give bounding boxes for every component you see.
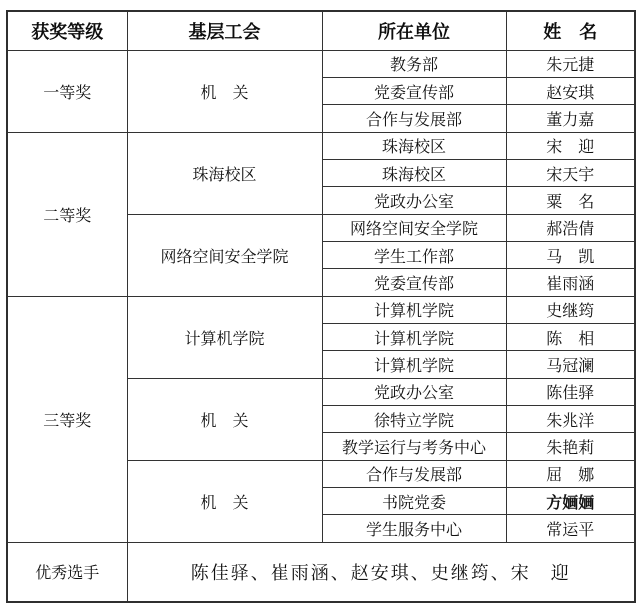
unit-cell: 党委宣传部: [322, 77, 506, 104]
unit-cell: 计算机学院: [322, 323, 506, 350]
unit-cell: 书院党委: [322, 488, 506, 515]
award-level-cell: 二等奖: [7, 132, 127, 296]
unit-cell: 计算机学院: [322, 296, 506, 323]
name-cell: 马 凯: [506, 241, 635, 268]
name-cell: 史继筠: [506, 296, 635, 323]
name-cell: 赵安琪: [506, 77, 635, 104]
name-cell: 董力嘉: [506, 105, 635, 132]
award-level-cell: 一等奖: [7, 50, 127, 132]
unit-cell: 学生服务中心: [322, 515, 506, 542]
unit-cell: 党政办公室: [322, 378, 506, 405]
name-cell: 方婳婳: [506, 488, 635, 515]
name-cell: 郝浩倩: [506, 214, 635, 241]
union-cell: 计算机学院: [127, 296, 322, 378]
unit-cell: 网络空间安全学院: [322, 214, 506, 241]
award-level-cell: 三等奖: [7, 296, 127, 542]
unit-cell: 合作与发展部: [322, 460, 506, 487]
unit-cell: 党政办公室: [322, 187, 506, 214]
name-cell: 宋天宇: [506, 159, 635, 186]
name-cell: 崔雨涵: [506, 269, 635, 296]
union-cell: 机 关: [127, 460, 322, 542]
unit-cell: 教学运行与考务中心: [322, 433, 506, 460]
unit-cell: 徐特立学院: [322, 405, 506, 432]
name-cell: 宋 迎: [506, 132, 635, 159]
name-cell: 常运平: [506, 515, 635, 542]
union-cell: 网络空间安全学院: [127, 214, 322, 296]
name-cell: 朱兆洋: [506, 405, 635, 432]
unit-cell: 计算机学院: [322, 351, 506, 378]
union-cell: 机 关: [127, 50, 322, 132]
name-cell: 马冠澜: [506, 351, 635, 378]
unit-cell: 珠海校区: [322, 159, 506, 186]
outstanding-players-row: 优秀选手 陈佳驿、崔雨涵、赵安琪、史继筠、宋 迎: [7, 542, 635, 602]
name-cell: 陈 相: [506, 323, 635, 350]
col-header-grassroots-union: 基层工会: [127, 11, 322, 50]
unit-cell: 珠海校区: [322, 132, 506, 159]
awards-table: 获奖等级 基层工会 所在单位 姓 名 一等奖 机 关 教务部 朱元捷 党委宣传部…: [6, 10, 636, 603]
col-header-unit: 所在单位: [322, 11, 506, 50]
union-cell: 珠海校区: [127, 132, 322, 214]
table-row: 一等奖 机 关 教务部 朱元捷: [7, 50, 635, 77]
name-cell: 朱艳莉: [506, 433, 635, 460]
col-header-award-level: 获奖等级: [7, 11, 127, 50]
col-header-name: 姓 名: [506, 11, 635, 50]
name-cell: 朱元捷: [506, 50, 635, 77]
unit-cell: 合作与发展部: [322, 105, 506, 132]
outstanding-players-names: 陈佳驿、崔雨涵、赵安琪、史继筠、宋 迎: [127, 542, 635, 602]
name-cell: 屈 娜: [506, 460, 635, 487]
name-cell: 粟 名: [506, 187, 635, 214]
unit-cell: 教务部: [322, 50, 506, 77]
name-cell: 陈佳驿: [506, 378, 635, 405]
outstanding-players-label: 优秀选手: [7, 542, 127, 602]
unit-cell: 学生工作部: [322, 241, 506, 268]
table-row: 三等奖 计算机学院 计算机学院 史继筠: [7, 296, 635, 323]
page: 获奖等级 基层工会 所在单位 姓 名 一等奖 机 关 教务部 朱元捷 党委宣传部…: [0, 0, 640, 612]
unit-cell: 党委宣传部: [322, 269, 506, 296]
table-row: 二等奖 珠海校区 珠海校区 宋 迎: [7, 132, 635, 159]
union-cell: 机 关: [127, 378, 322, 460]
header-row: 获奖等级 基层工会 所在单位 姓 名: [7, 11, 635, 50]
